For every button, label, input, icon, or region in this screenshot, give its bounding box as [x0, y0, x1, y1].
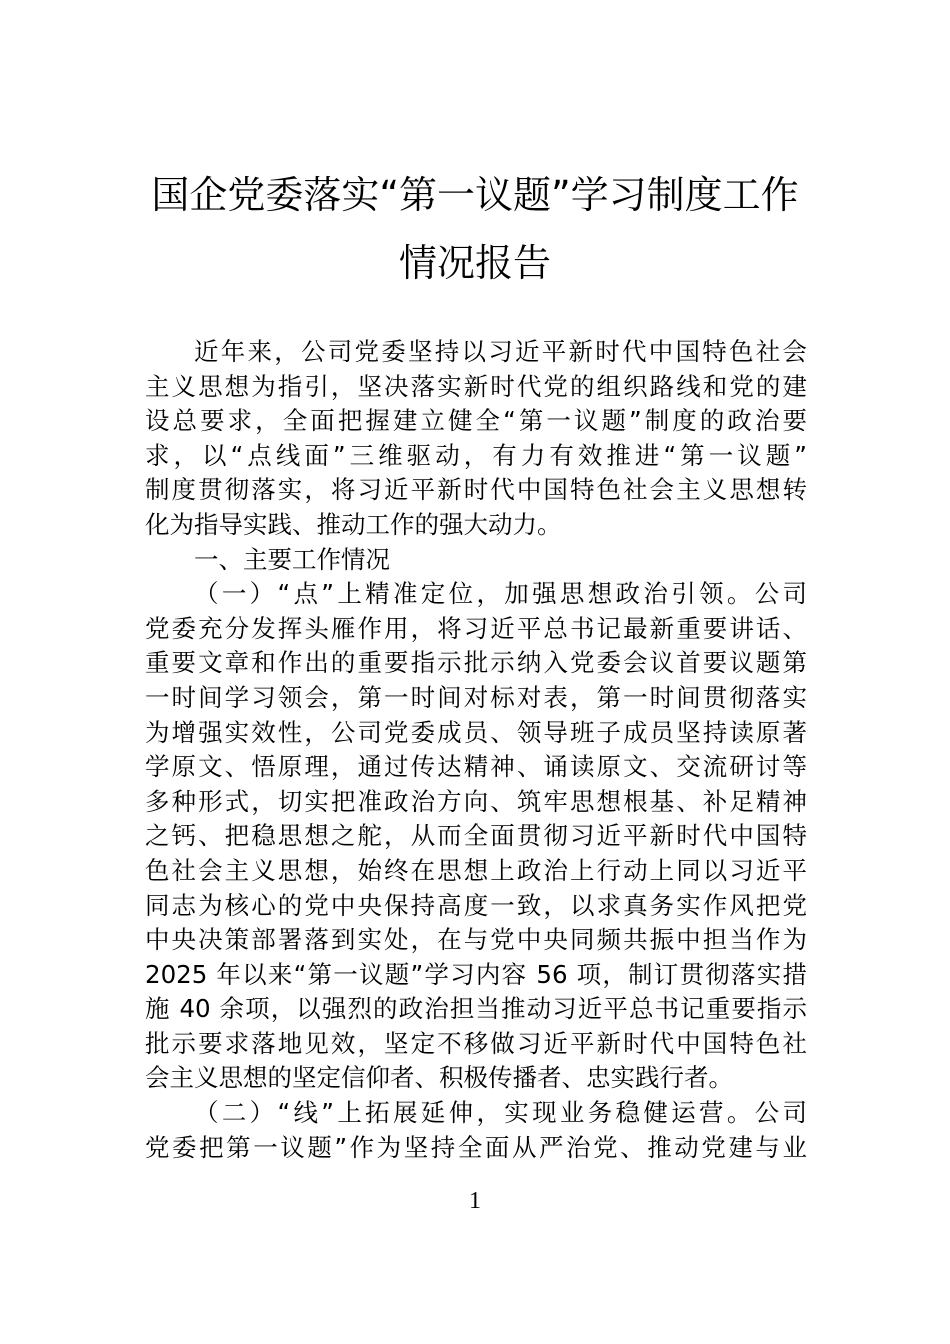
document-title-line-1: 国企党委落实“第一议题”学习制度工作: [0, 176, 950, 214]
body-text-line: 色社会主义思想，始终在思想上政治上行动上同以习近平: [145, 854, 807, 889]
body-text-line: 求，以“点线面”三维驱动，有力有效推进“第一议题”: [145, 439, 807, 474]
document-page: 国企党委落实“第一议题”学习制度工作 情况报告 近年来，公司党委坚持以习近平新时…: [0, 0, 950, 1344]
document-body: 近年来，公司党委坚持以习近平新时代中国特色社会主义思想为指引，坚决落实新时代党的…: [145, 335, 807, 1165]
body-text-line: 化为指导实践、推动工作的强大动力。: [145, 508, 807, 543]
body-text-line: 一时间学习领会，第一时间对标对表，第一时间贯彻落实: [145, 681, 807, 716]
body-text-line: 学原文、悟原理，通过传达精神、诵读原文、交流研讨等: [145, 750, 807, 785]
page-number: 1: [0, 1188, 950, 1215]
body-text-line: 主义思想为指引，坚决落实新时代党的组织路线和党的建: [145, 370, 807, 405]
body-text-line: 会主义思想的坚定信仰者、积极传播者、忠实践行者。: [145, 1061, 807, 1096]
body-text-line: 党委充分发挥头雁作用，将习近平总书记最新重要讲话、: [145, 612, 807, 647]
body-text-line: 重要文章和作出的重要指示批示纳入党委会议首要议题第: [145, 646, 807, 681]
body-text-line: 为增强实效性，公司党委成员、领导班子成员坚持读原著: [145, 716, 807, 751]
body-text-line: 设总要求，全面把握建立健全“第一议题”制度的政治要: [145, 404, 807, 439]
body-text-line: 多种形式，切实把准政治方向、筑牢思想根基、补足精神: [145, 785, 807, 820]
body-text-line: 施 40 余项，以强烈的政治担当推动习近平总书记重要指示: [145, 992, 807, 1027]
body-text-line: 之钙、把稳思想之舵，从而全面贯彻习近平新时代中国特: [145, 819, 807, 854]
body-text-line: 近年来，公司党委坚持以习近平新时代中国特色社会: [145, 335, 807, 370]
body-text-line: 批示要求落地见效，坚定不移做习近平新时代中国特色社: [145, 1027, 807, 1062]
body-text-line: 党委把第一议题”作为坚持全面从严治党、推动党建与业: [145, 1131, 807, 1166]
body-text-line: 中央决策部署落到实处，在与党中央同频共振中担当作为: [145, 923, 807, 958]
document-title-line-2: 情况报告: [0, 244, 950, 282]
body-text-line: （一）“点”上精准定位，加强思想政治引领。公司: [145, 577, 807, 612]
body-text-line: 同志为核心的党中央保持高度一致，以求真务实作风把党: [145, 889, 807, 924]
body-text-line: 2025 年以来“第一议题”学习内容 56 项，制订贯彻落实措: [145, 958, 807, 993]
body-text-line: 制度贯彻落实，将习近平新时代中国特色社会主义思想转: [145, 473, 807, 508]
body-text-line: （二）“线”上拓展延伸，实现业务稳健运营。公司: [145, 1096, 807, 1131]
body-text-line: 一、主要工作情况: [145, 543, 807, 578]
